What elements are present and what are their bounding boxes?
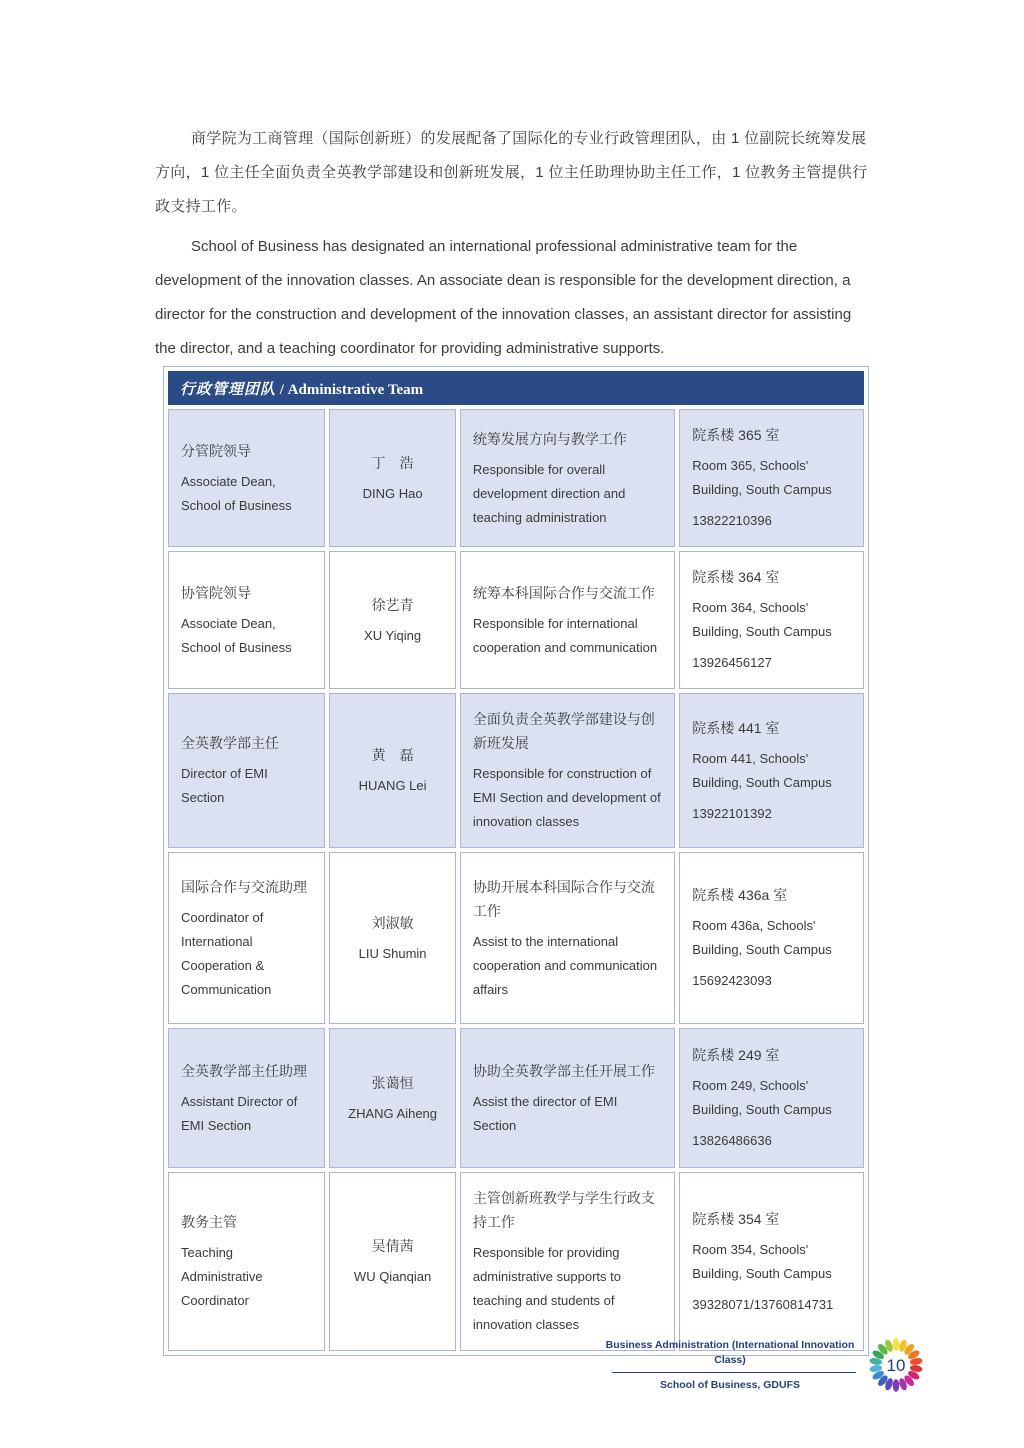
duty-en: Responsible for overall development dire… bbox=[473, 458, 662, 530]
table-row: 协管院领导 Associate Dean, School of Business… bbox=[168, 551, 864, 689]
duty-zh: 全面负责全英教学部建设与创新班发展 bbox=[473, 707, 662, 755]
table-row: 全英教学部主任助理 Assistant Director of EMI Sect… bbox=[168, 1028, 864, 1168]
table-row: 教务主管 Teaching Administrative Coordinator… bbox=[168, 1172, 864, 1351]
name-zh: 黄 磊 bbox=[342, 743, 443, 767]
duty-zh: 协助开展本科国际合作与交流工作 bbox=[473, 875, 662, 923]
name-en: HUANG Lei bbox=[342, 774, 443, 798]
room-en: Room 354, Schools' Building, South Campu… bbox=[692, 1238, 851, 1286]
contact-cell: 院系楼 441 室 Room 441, Schools' Building, S… bbox=[679, 693, 864, 848]
name-en: DING Hao bbox=[342, 482, 443, 506]
room-zh: 院系楼 364 室 bbox=[692, 565, 851, 589]
table-title-zh: 行政管理团队 bbox=[180, 382, 276, 398]
name-zh: 张蔼恒 bbox=[342, 1071, 443, 1095]
role-zh: 协管院领导 bbox=[181, 581, 312, 605]
role-zh: 教务主管 bbox=[181, 1210, 312, 1234]
footer-divider bbox=[612, 1372, 856, 1373]
table-row: 国际合作与交流助理 Coordinator of International C… bbox=[168, 852, 864, 1024]
table-title-en: / Administrative Team bbox=[280, 382, 423, 398]
role-cell: 全英教学部主任助理 Assistant Director of EMI Sect… bbox=[168, 1028, 325, 1168]
phone-number: 13922101392 bbox=[692, 802, 851, 826]
contact-cell: 院系楼 436a 室 Room 436a, Schools' Building,… bbox=[679, 852, 864, 1024]
duty-en: Responsible for providing administrative… bbox=[473, 1241, 662, 1337]
duty-en: Assist the director of EMI Section bbox=[473, 1090, 662, 1138]
role-en: Associate Dean, School of Business bbox=[181, 612, 312, 660]
name-en: LIU Shumin bbox=[342, 942, 443, 966]
duty-cell: 协助开展本科国际合作与交流工作 Assist to the internatio… bbox=[460, 852, 675, 1024]
name-en: ZHANG Aiheng bbox=[342, 1102, 443, 1126]
duty-zh: 主管创新班教学与学生行政支持工作 bbox=[473, 1186, 662, 1234]
role-cell: 全英教学部主任 Director of EMI Section bbox=[168, 693, 325, 848]
duty-cell: 全面负责全英教学部建设与创新班发展 Responsible for constr… bbox=[460, 693, 675, 848]
role-en: Teaching Administrative Coordinator bbox=[181, 1241, 312, 1313]
footer-text-block: Business Administration (International I… bbox=[604, 1338, 856, 1392]
name-cell: 徐艺青 XU Yiqing bbox=[329, 551, 456, 689]
role-en: Associate Dean, School of Business bbox=[181, 470, 312, 518]
duty-cell: 协助全英教学部主任开展工作 Assist the director of EMI… bbox=[460, 1028, 675, 1168]
phone-number: 15692423093 bbox=[692, 969, 851, 993]
room-en: Room 364, Schools' Building, South Campu… bbox=[692, 596, 851, 644]
room-en: Room 441, Schools' Building, South Campu… bbox=[692, 747, 851, 795]
room-zh: 院系楼 354 室 bbox=[692, 1207, 851, 1231]
duty-cell: 统筹本科国际合作与交流工作 Responsible for internatio… bbox=[460, 551, 675, 689]
role-cell: 分管院领导 Associate Dean, School of Business bbox=[168, 409, 325, 547]
contact-cell: 院系楼 364 室 Room 364, Schools' Building, S… bbox=[679, 551, 864, 689]
room-en: Room 365, Schools' Building, South Campu… bbox=[692, 454, 851, 502]
role-zh: 分管院领导 bbox=[181, 439, 312, 463]
duty-zh: 统筹本科国际合作与交流工作 bbox=[473, 581, 662, 605]
intro-paragraph-zh: 商学院为工商管理（国际创新班）的发展配备了国际化的专业行政管理团队，由 1 位副… bbox=[155, 122, 870, 224]
contact-cell: 院系楼 365 室 Room 365, Schools' Building, S… bbox=[679, 409, 864, 547]
table-row: 全英教学部主任 Director of EMI Section 黄 磊 HUAN… bbox=[168, 693, 864, 848]
phone-number: 13826486636 bbox=[692, 1129, 851, 1153]
name-zh: 吴倩茜 bbox=[342, 1234, 443, 1258]
room-zh: 院系楼 249 室 bbox=[692, 1043, 851, 1067]
table-row: 分管院领导 Associate Dean, School of Business… bbox=[168, 409, 864, 547]
duty-zh: 统筹发展方向与教学工作 bbox=[473, 427, 662, 451]
duty-cell: 统筹发展方向与教学工作 Responsible for overall deve… bbox=[460, 409, 675, 547]
role-cell: 国际合作与交流助理 Coordinator of International C… bbox=[168, 852, 325, 1024]
table-title: 行政管理团队 / Administrative Team bbox=[168, 371, 864, 405]
name-zh: 徐艺青 bbox=[342, 593, 443, 617]
duty-en: Responsible for international cooperatio… bbox=[473, 612, 662, 660]
duty-zh: 协助全英教学部主任开展工作 bbox=[473, 1059, 662, 1083]
name-cell: 黄 磊 HUANG Lei bbox=[329, 693, 456, 848]
role-zh: 国际合作与交流助理 bbox=[181, 875, 312, 899]
page-footer: Business Administration (International I… bbox=[604, 1334, 927, 1396]
phone-number: 39328071/13760814731 bbox=[692, 1293, 851, 1317]
name-cell: 刘淑敏 LIU Shumin bbox=[329, 852, 456, 1024]
role-cell: 协管院领导 Associate Dean, School of Business bbox=[168, 551, 325, 689]
page-number: 10 bbox=[887, 1356, 906, 1375]
page-number-badge: 10 bbox=[865, 1334, 927, 1396]
role-en: Director of EMI Section bbox=[181, 762, 312, 810]
room-en: Room 249, Schools' Building, South Campu… bbox=[692, 1074, 851, 1122]
footer-school-name: School of Business, GDUFS bbox=[604, 1378, 856, 1392]
role-en: Assistant Director of EMI Section bbox=[181, 1090, 312, 1138]
room-zh: 院系楼 441 室 bbox=[692, 716, 851, 740]
name-cell: 丁 浩 DING Hao bbox=[329, 409, 456, 547]
page-body: 商学院为工商管理（国际创新班）的发展配备了国际化的专业行政管理团队，由 1 位副… bbox=[155, 0, 870, 1356]
name-en: WU Qianqian bbox=[342, 1265, 443, 1289]
role-zh: 全英教学部主任助理 bbox=[181, 1059, 312, 1083]
admin-team-table: 行政管理团队 / Administrative Team 分管院领导 Assoc… bbox=[163, 366, 869, 1356]
table-header-row: 行政管理团队 / Administrative Team bbox=[168, 371, 864, 405]
duty-cell: 主管创新班教学与学生行政支持工作 Responsible for providi… bbox=[460, 1172, 675, 1351]
room-zh: 院系楼 436a 室 bbox=[692, 883, 851, 907]
contact-cell: 院系楼 354 室 Room 354, Schools' Building, S… bbox=[679, 1172, 864, 1351]
duty-en: Assist to the international cooperation … bbox=[473, 930, 662, 1002]
room-zh: 院系楼 365 室 bbox=[692, 423, 851, 447]
duty-en: Responsible for construction of EMI Sect… bbox=[473, 762, 662, 834]
role-cell: 教务主管 Teaching Administrative Coordinator bbox=[168, 1172, 325, 1351]
contact-cell: 院系楼 249 室 Room 249, Schools' Building, S… bbox=[679, 1028, 864, 1168]
footer-program-title: Business Administration (International I… bbox=[604, 1338, 856, 1368]
phone-number: 13822210396 bbox=[692, 509, 851, 533]
name-en: XU Yiqing bbox=[342, 624, 443, 648]
role-zh: 全英教学部主任 bbox=[181, 731, 312, 755]
name-cell: 张蔼恒 ZHANG Aiheng bbox=[329, 1028, 456, 1168]
name-zh: 丁 浩 bbox=[342, 451, 443, 475]
name-cell: 吴倩茜 WU Qianqian bbox=[329, 1172, 456, 1351]
room-en: Room 436a, Schools' Building, South Camp… bbox=[692, 914, 851, 962]
name-zh: 刘淑敏 bbox=[342, 911, 443, 935]
phone-number: 13926456127 bbox=[692, 651, 851, 675]
intro-paragraph-en: School of Business has designated an int… bbox=[155, 230, 870, 366]
role-en: Coordinator of International Cooperation… bbox=[181, 906, 312, 1002]
